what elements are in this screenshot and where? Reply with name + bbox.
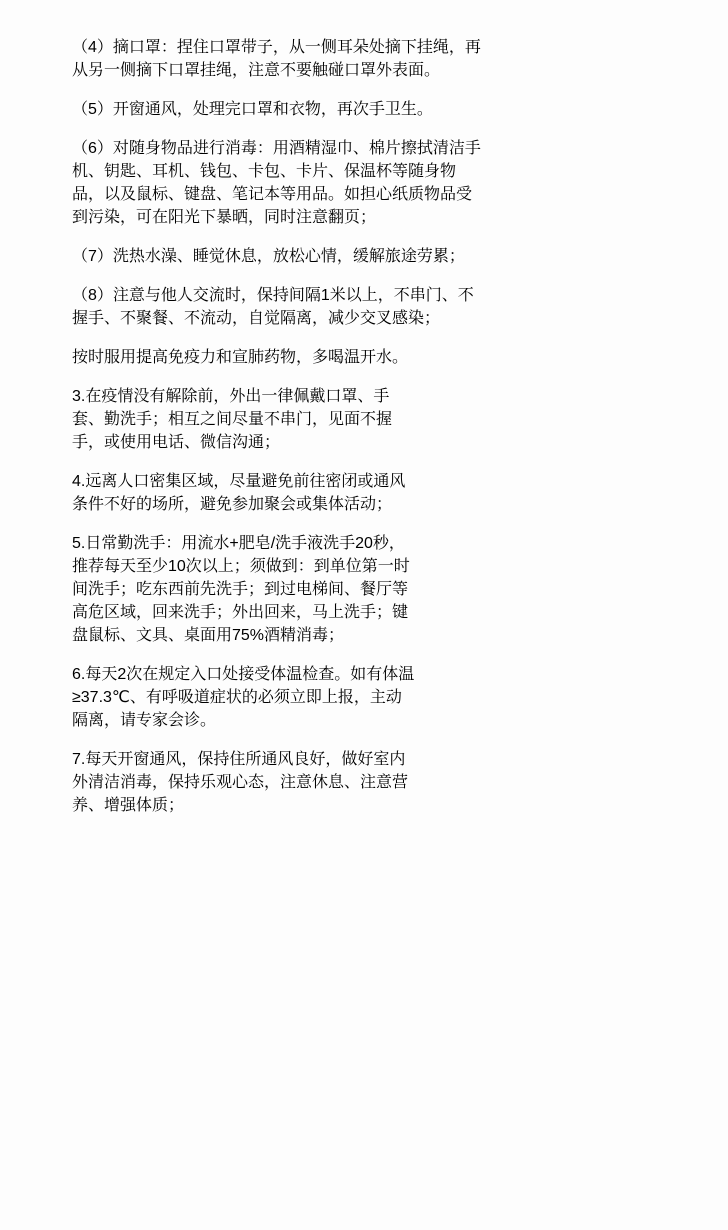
document-page: （4）摘口罩：捏住口罩带子，从一侧耳朵处摘下挂绳，再 从另一侧摘下口罩挂绳，注意… bbox=[0, 0, 728, 1230]
text-line: 4.远离人口密集区域，尽量避免前往密闭或通风 bbox=[72, 468, 660, 491]
text-line: ≥37.3℃、有呼吸道症状的必须立即上报，主动 bbox=[72, 684, 660, 707]
text-line: （6）对随身物品进行消毒：用酒精湿巾、棉片擦拭清洁手 bbox=[72, 135, 660, 158]
text-line: 品，以及鼠标、键盘、笔记本等用品。如担心纸质物品受 bbox=[72, 181, 660, 204]
text-line: 到污染，可在阳光下暴晒，同时注意翻页； bbox=[72, 204, 660, 227]
text-line: 握手、不聚餐、不流动，自觉隔离，减少交叉感染； bbox=[72, 305, 660, 328]
text-line: （4）摘口罩：捏住口罩带子，从一侧耳朵处摘下挂绳，再 bbox=[72, 34, 660, 57]
text-line: 盘鼠标、文具、桌面用75%酒精消毒； bbox=[72, 622, 660, 645]
text-line: 手，或使用电话、微信沟通； bbox=[72, 429, 660, 452]
text-line: 高危区域，回来洗手；外出回来，马上洗手；键 bbox=[72, 599, 660, 622]
text-line: 养、增强体质； bbox=[72, 792, 660, 815]
text-line: 外清洁消毒，保持乐观心态，注意休息、注意营 bbox=[72, 769, 660, 792]
text-line: 6.每天2次在规定入口处接受体温检查。如有体温 bbox=[72, 661, 660, 684]
text-line: 条件不好的场所，避免参加聚会或集体活动； bbox=[72, 491, 660, 514]
text-line: 从另一侧摘下口罩挂绳，注意不要触碰口罩外表面。 bbox=[72, 57, 660, 80]
text-line: （5）开窗通风，处理完口罩和衣物，再次手卫生。 bbox=[72, 96, 660, 119]
text-line: 3.在疫情没有解除前，外出一律佩戴口罩、手 bbox=[72, 383, 660, 406]
text-line: 按时服用提高免疫力和宣肺药物，多喝温开水。 bbox=[72, 344, 660, 367]
text-line: 推荐每天至少10次以上；须做到：到单位第一时 bbox=[72, 553, 660, 576]
text-line: （8）注意与他人交流时，保持间隔1米以上，不串门、不 bbox=[72, 282, 660, 305]
text-line: 5.日常勤洗手：用流水+肥皂/洗手液洗手20秒， bbox=[72, 530, 660, 553]
text-line: 套、勤洗手；相互之间尽量不串门，见面不握 bbox=[72, 406, 660, 429]
text-line: 7.每天开窗通风，保持住所通风良好，做好室内 bbox=[72, 746, 660, 769]
text-line: 机、钥匙、耳机、钱包、卡包、卡片、保温杯等随身物 bbox=[72, 158, 660, 181]
text-line: 间洗手；吃东西前先洗手；到过电梯间、餐厅等 bbox=[72, 576, 660, 599]
text-line: （7）洗热水澡、睡觉休息，放松心情，缓解旅途劳累； bbox=[72, 243, 660, 266]
text-line: 隔离，请专家会诊。 bbox=[72, 707, 660, 730]
